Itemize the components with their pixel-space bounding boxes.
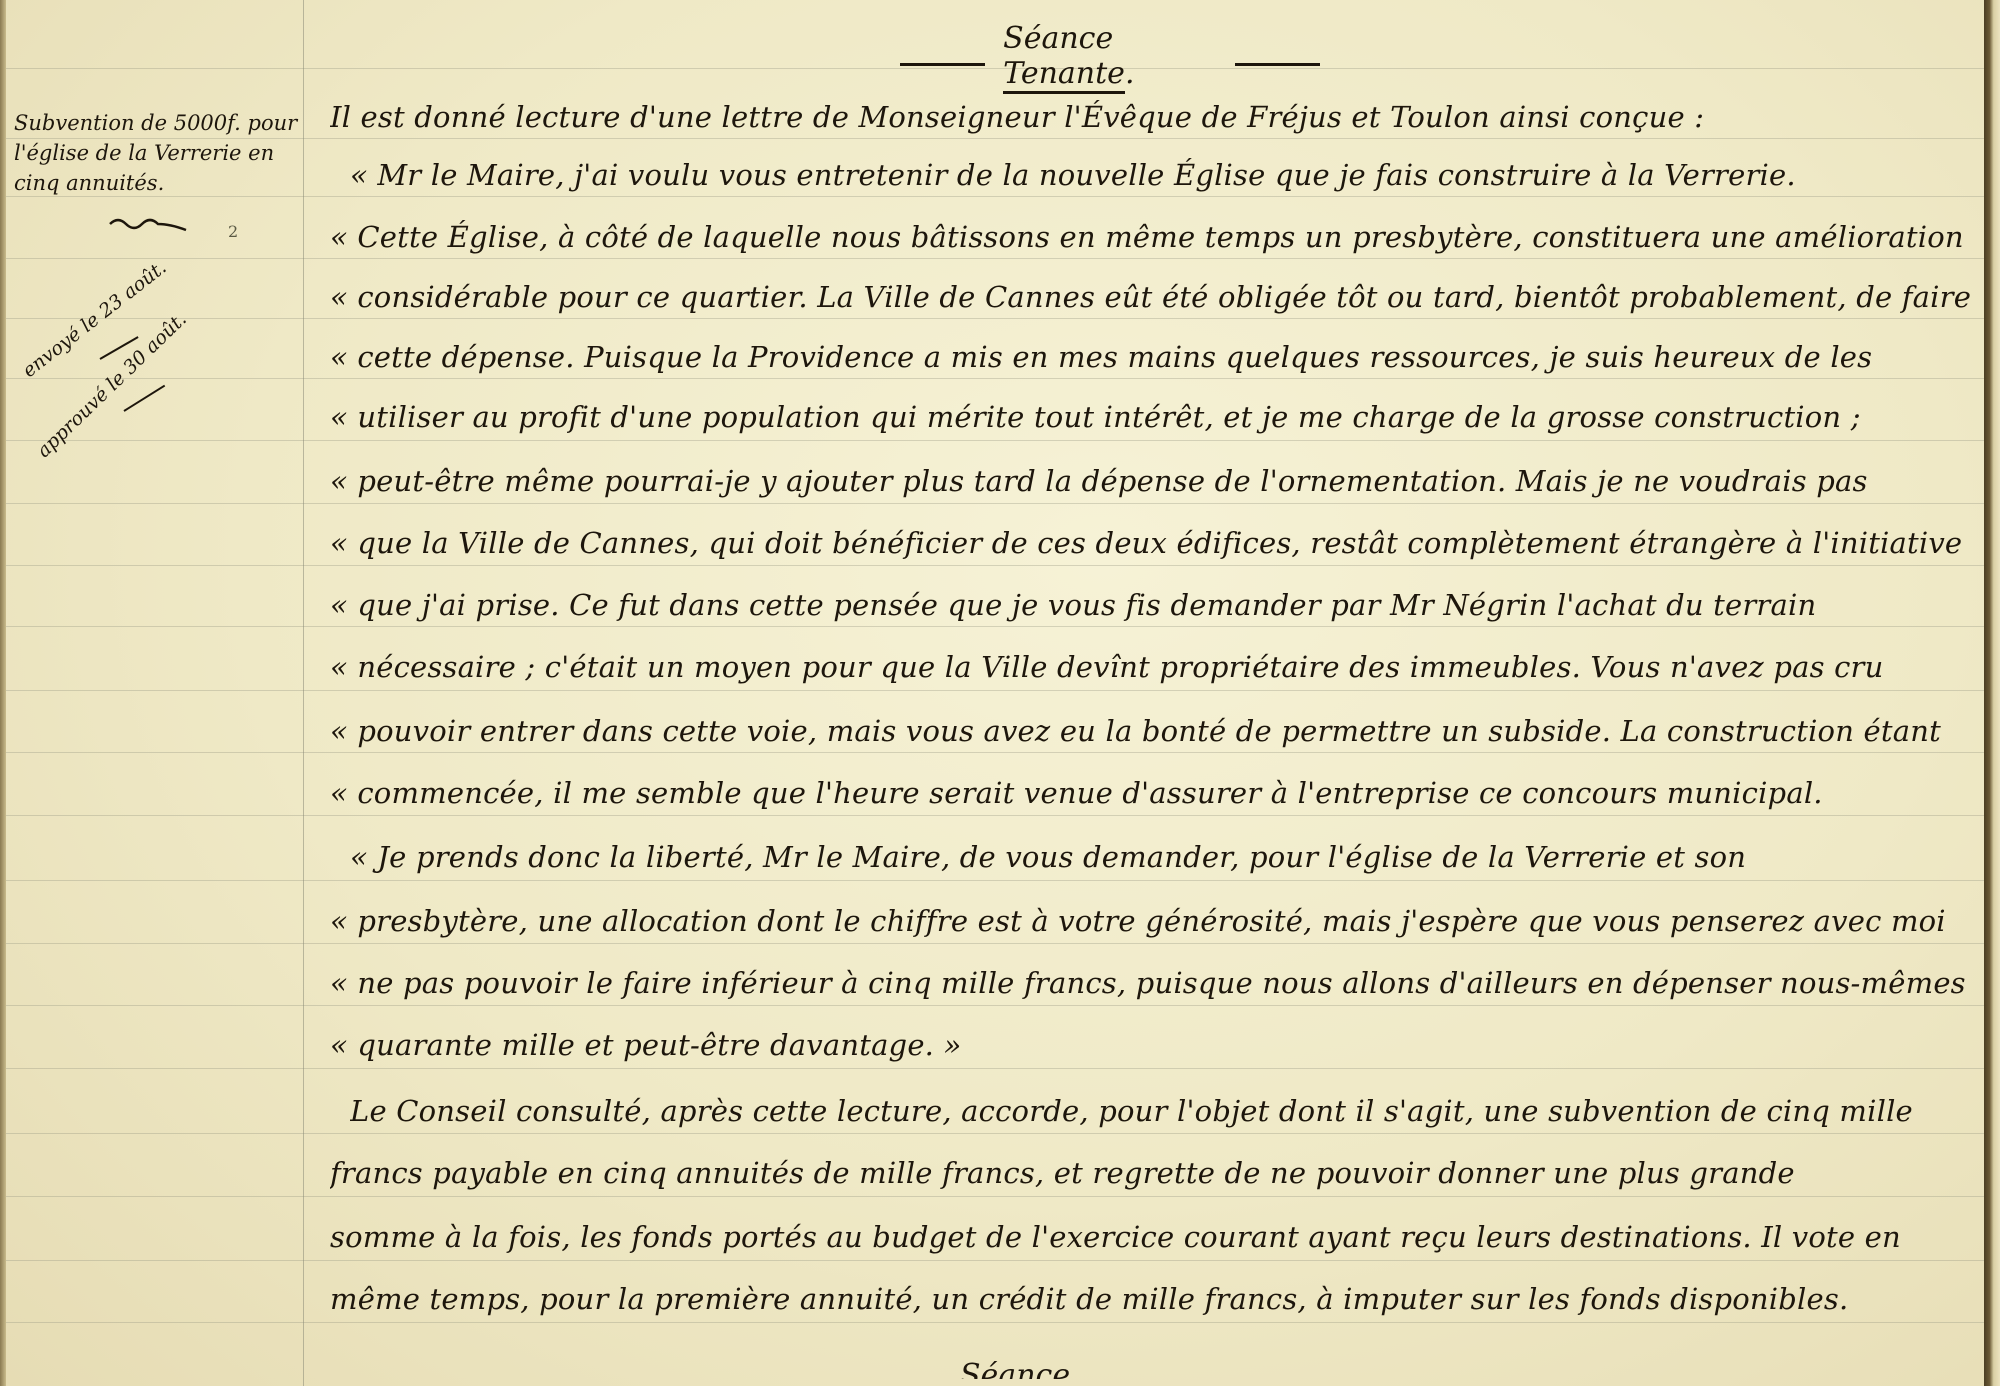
annotation-stroke	[123, 385, 165, 412]
margin-rule	[303, 0, 304, 1386]
body-line: « commencée, il me semble que l'heure se…	[330, 776, 1970, 810]
margin-summary-line: l'église de la Verrerie en	[14, 138, 304, 168]
margin-summary: Subvention de 5000f. pour l'église de la…	[14, 108, 304, 198]
body-line: « quarante mille et peut-être davantage.…	[330, 1028, 1970, 1062]
margin-summary-line: cinq annuités.	[14, 168, 304, 198]
body-line: « utiliser au profit d'une population qu…	[330, 400, 1970, 434]
body-line: « Mr le Maire, j'ai voulu vous entreteni…	[350, 158, 1990, 192]
body-line: « Je prends donc la liberté, Mr le Maire…	[350, 840, 1990, 874]
body-line: même temps, pour la première annuité, un…	[330, 1282, 1970, 1316]
body-line: « peut-être même pourrai-je y ajouter pl…	[330, 464, 1970, 498]
right-page-edge	[1984, 0, 2000, 1386]
body-line: « cette dépense. Puisque la Providence a…	[330, 340, 1970, 374]
cut-off-next-heading: Séance	[960, 1358, 1070, 1386]
left-binding-edge	[0, 0, 6, 1386]
body-line: « pouvoir entrer dans cette voie, mais v…	[330, 714, 1970, 748]
register-page: Séance Tenante. Subvention de 5000f. pou…	[0, 0, 2000, 1386]
body-line: « que j'ai prise. Ce fut dans cette pens…	[330, 588, 1970, 622]
session-title: Séance Tenante.	[900, 34, 1320, 78]
body-line: « Cette Église, à côté de laquelle nous …	[330, 220, 1970, 254]
body-line: « presbytère, une allocation dont le chi…	[330, 904, 1970, 938]
body-line: « ne pas pouvoir le faire inférieur à ci…	[330, 966, 1970, 1000]
title-dash-right	[1235, 63, 1320, 66]
body-line: Il est donné lecture d'une lettre de Mon…	[330, 100, 1970, 134]
margin-summary-line: Subvention de 5000f. pour	[14, 108, 304, 138]
body-line: « nécessaire ; c'était un moyen pour que…	[330, 650, 1970, 684]
title-text: Séance Tenante.	[1003, 21, 1217, 91]
body-line: « considérable pour ce quartier. La Vill…	[330, 280, 1970, 314]
approved-annotation: approuvé le 30 août.	[33, 308, 191, 462]
body-line: « que la Ville de Cannes, qui doit bénéf…	[330, 526, 1970, 560]
title-underlined-word: Tenante	[1003, 56, 1125, 94]
title-dash-left	[900, 63, 985, 66]
body-line: francs payable en cinq annuités de mille…	[330, 1156, 1970, 1190]
flourish-icon	[108, 214, 188, 234]
folio-mark: 2	[228, 222, 238, 241]
body-line: Le Conseil consulté, après cette lecture…	[350, 1094, 1990, 1128]
body-line: somme à la fois, les fonds portés au bud…	[330, 1220, 1970, 1254]
